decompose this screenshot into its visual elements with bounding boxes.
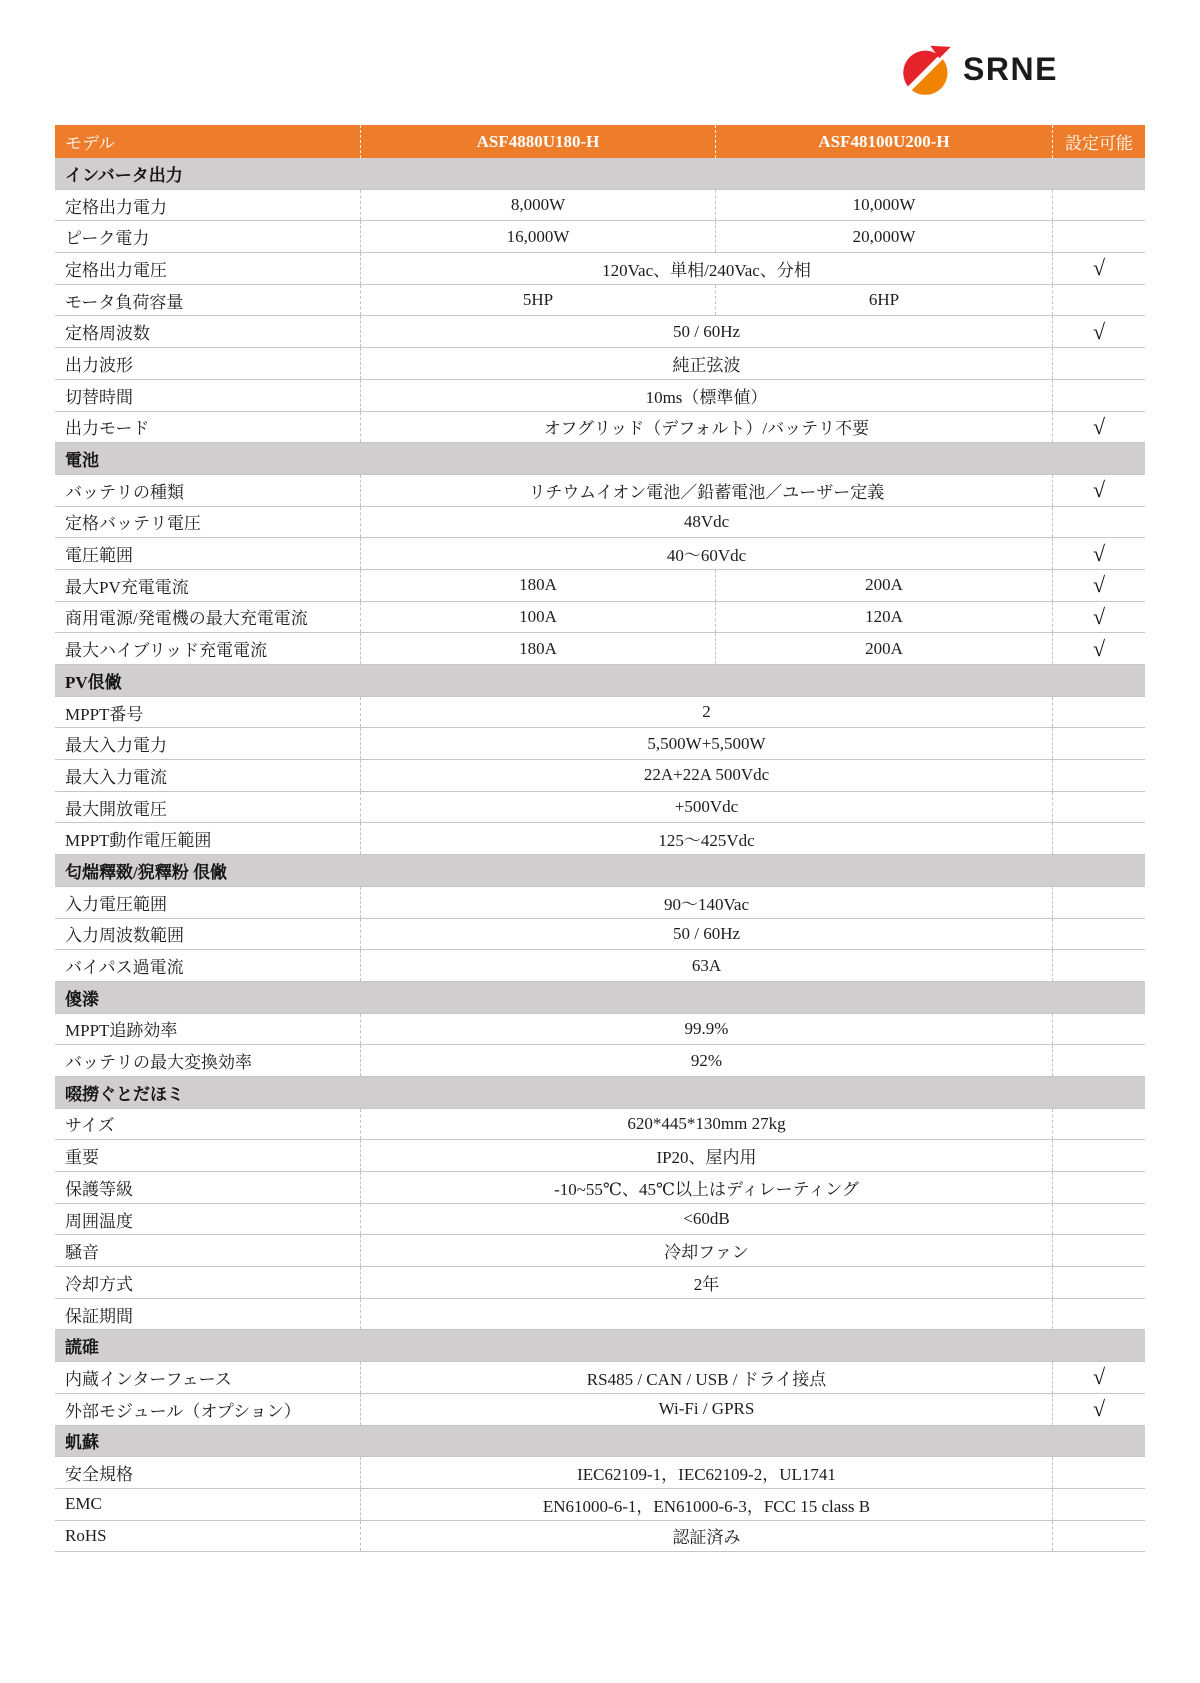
row-value-a: 180A [361,633,716,664]
header-configurable: 設定可能 [1053,125,1145,158]
row-value-b: 10,000W [716,190,1053,221]
configurable-check [1053,1140,1145,1171]
configurable-check [1053,1457,1145,1488]
spec-row: 最大入力電流22A+22A 500Vdc [55,760,1145,792]
configurable-check [1053,1204,1145,1235]
table-header-row: モデル ASF4880U180-H ASF48100U200-H 設定可能 [55,125,1145,158]
section-title: 傻漛 [55,985,99,1010]
spec-row: バッテリの最大変換効率92% [55,1045,1145,1077]
srne-logo-icon [900,42,954,96]
header-model-a: ASF4880U180-H [361,125,716,158]
configurable-check [1053,728,1145,759]
row-label: 安全規格 [55,1457,361,1488]
spec-table: モデル ASF4880U180-H ASF48100U200-H 設定可能 イン… [55,125,1145,1552]
row-label: 定格バッテリ電圧 [55,507,361,538]
spec-row: サイズ620*445*130mm 27kg [55,1109,1145,1141]
row-value: 50 / 60Hz [361,316,1053,347]
section-header: 傻漛 [55,982,1145,1014]
row-label: 切替時間 [55,380,361,411]
row-label: 出力モード [55,412,361,443]
section-header: 電池 [55,443,1145,475]
row-label: 外部モジュール（オプション） [55,1394,361,1425]
row-label: バイパス過電流 [55,950,361,981]
configurable-check: √ [1053,602,1145,633]
section-title: 匂煓釋敪/猊釋粉 佷僘 [55,858,227,883]
configurable-check [1053,1489,1145,1520]
row-value-a: 8,000W [361,190,716,221]
row-value: 120Vac、単相/240Vac、分相 [361,253,1053,284]
header-model-b: ASF48100U200-H [716,125,1053,158]
header-model-column: モデル [55,125,361,158]
configurable-check [1053,285,1145,316]
spec-row: 出力モードオフグリッド（デフォルト）/バッテリ不要√ [55,412,1145,444]
configurable-check [1053,190,1145,221]
spec-row: 冷却方式2年 [55,1267,1145,1299]
row-value-a: 5HP [361,285,716,316]
section-title: 謊碓 [55,1333,99,1358]
row-label: 定格出力電圧 [55,253,361,284]
row-value: 2 [361,697,1053,728]
row-value: 99.9% [361,1014,1053,1045]
row-value: 10ms（標準値） [361,380,1053,411]
configurable-check [1053,507,1145,538]
row-value-a: 180A [361,570,716,601]
brand-name: SRNE [963,51,1058,88]
row-value: -10~55℃、45℃以上はディレーティング [361,1172,1053,1203]
row-label: 内蔵インターフェース [55,1362,361,1393]
configurable-check: √ [1053,538,1145,569]
row-value: <60dB [361,1204,1053,1235]
row-label: 騒音 [55,1235,361,1266]
row-label: ピーク電力 [55,221,361,252]
configurable-check: √ [1053,570,1145,601]
configurable-check [1053,1014,1145,1045]
spec-row: MPPT追跡効率99.9% [55,1014,1145,1046]
row-label: 定格周波数 [55,316,361,347]
row-label: 入力電圧範囲 [55,887,361,918]
row-label: 保護等級 [55,1172,361,1203]
row-label: RoHS [55,1521,361,1552]
row-label: EMC [55,1489,361,1520]
row-value: 認証済み [361,1521,1053,1552]
spec-row: 電圧範囲40〜60Vdc√ [55,538,1145,570]
row-value: 50 / 60Hz [361,919,1053,950]
configurable-check: √ [1053,633,1145,664]
row-value: 40〜60Vdc [361,538,1053,569]
row-value: 冷却ファン [361,1235,1053,1266]
spec-row: モータ負荷容量5HP6HP [55,285,1145,317]
row-label: 最大ハイブリッド充電電流 [55,633,361,664]
configurable-check [1053,348,1145,379]
row-value: オフグリッド（デフォルト）/バッテリ不要 [361,412,1053,443]
row-label: 電圧範囲 [55,538,361,569]
row-label: 最大入力電力 [55,728,361,759]
row-value: EN61000-6-1，EN61000-6-3，FCC 15 class B [361,1489,1053,1520]
configurable-check [1053,1235,1145,1266]
row-label: MPPT番号 [55,697,361,728]
configurable-check: √ [1053,253,1145,284]
row-value: 620*445*130mm 27kg [361,1109,1053,1140]
spec-row: 最大ハイブリッド充電電流180A200A√ [55,633,1145,665]
row-value-a: 100A [361,602,716,633]
row-label: 冷却方式 [55,1267,361,1298]
configurable-check [1053,950,1145,981]
configurable-check [1053,1299,1145,1330]
row-value: 5,500W+5,500W [361,728,1053,759]
section-title: PV佷僘 [55,668,122,693]
row-value: 125〜425Vdc [361,823,1053,854]
section-header: インバータ出力 [55,158,1145,190]
spec-row: 定格周波数50 / 60Hz√ [55,316,1145,348]
spec-row: 切替時間10ms（標準値） [55,380,1145,412]
row-label: 出力波形 [55,348,361,379]
section-header: 啜撈ぐとだほミ [55,1077,1145,1109]
row-value: 48Vdc [361,507,1053,538]
spec-row: 騒音冷却ファン [55,1235,1145,1267]
spec-row: 定格出力電力8,000W10,000W [55,190,1145,222]
spec-row: 安全規格IEC62109-1，IEC62109-2，UL1741 [55,1457,1145,1489]
section-header: PV佷僘 [55,665,1145,697]
row-label: 最大開放電圧 [55,792,361,823]
spec-row: 保護等級-10~55℃、45℃以上はディレーティング [55,1172,1145,1204]
configurable-check [1053,221,1145,252]
configurable-check [1053,1109,1145,1140]
row-value: RS485 / CAN / USB / ドライ接点 [361,1362,1053,1393]
row-value: 90〜140Vac [361,887,1053,918]
configurable-check [1053,792,1145,823]
spec-row: 重要IP20、屋内用 [55,1140,1145,1172]
configurable-check [1053,697,1145,728]
section-title: 啜撈ぐとだほミ [55,1080,184,1105]
spec-row: バイパス過電流63A [55,950,1145,982]
spec-row: 保証期間 [55,1299,1145,1331]
spec-row: MPPT番号2 [55,697,1145,729]
row-value-b: 200A [716,570,1053,601]
row-label: 定格出力電力 [55,190,361,221]
row-value [361,1299,1053,1330]
row-value: +500Vdc [361,792,1053,823]
row-label: 最大PV充電電流 [55,570,361,601]
configurable-check: √ [1053,1394,1145,1425]
row-label: 重要 [55,1140,361,1171]
configurable-check [1053,919,1145,950]
row-label: 周囲温度 [55,1204,361,1235]
spec-row: 内蔵インターフェースRS485 / CAN / USB / ドライ接点√ [55,1362,1145,1394]
spec-row: 出力波形純正弦波 [55,348,1145,380]
spec-row: 外部モジュール（オプション）Wi-Fi / GPRS√ [55,1394,1145,1426]
row-value: リチウムイオン電池／鉛蓄電池／ユーザー定義 [361,475,1053,506]
section-header: 匂煓釋敪/猊釋粉 佷僘 [55,855,1145,887]
row-value: IP20、屋内用 [361,1140,1053,1171]
brand-header: SRNE [900,42,1058,96]
spec-row: 定格出力電圧120Vac、単相/240Vac、分相√ [55,253,1145,285]
configurable-check [1053,1045,1145,1076]
row-label: バッテリの最大変換効率 [55,1045,361,1076]
row-value: Wi-Fi / GPRS [361,1394,1053,1425]
row-label: MPPT動作電圧範囲 [55,823,361,854]
spec-row: 周囲温度<60dB [55,1204,1145,1236]
configurable-check: √ [1053,1362,1145,1393]
row-value-b: 20,000W [716,221,1053,252]
spec-row: 最大入力電力5,500W+5,500W [55,728,1145,760]
configurable-check [1053,760,1145,791]
spec-row: 入力周波数範囲50 / 60Hz [55,919,1145,951]
spec-row: MPPT動作電圧範囲125〜425Vdc [55,823,1145,855]
section-header: 虮蘇 [55,1426,1145,1458]
section-title: 虮蘇 [55,1428,99,1453]
row-label: 入力周波数範囲 [55,919,361,950]
spec-row: ピーク電力16,000W20,000W [55,221,1145,253]
row-label: MPPT追跡効率 [55,1014,361,1045]
configurable-check [1053,1521,1145,1552]
table-body: インバータ出力定格出力電力8,000W10,000Wピーク電力16,000W20… [55,158,1145,1552]
row-label: モータ負荷容量 [55,285,361,316]
row-label: 商用電源/発電機の最大充電電流 [55,602,361,633]
configurable-check [1053,1172,1145,1203]
configurable-check [1053,823,1145,854]
spec-row: 定格バッテリ電圧48Vdc [55,507,1145,539]
configurable-check: √ [1053,412,1145,443]
row-value-a: 16,000W [361,221,716,252]
row-value: IEC62109-1，IEC62109-2，UL1741 [361,1457,1053,1488]
row-value: 純正弦波 [361,348,1053,379]
section-title: 電池 [55,446,99,471]
row-value: 2年 [361,1267,1053,1298]
spec-row: 最大PV充電電流180A200A√ [55,570,1145,602]
row-label: バッテリの種類 [55,475,361,506]
row-value: 92% [361,1045,1053,1076]
spec-row: RoHS認証済み [55,1521,1145,1553]
section-title: インバータ出力 [55,161,183,186]
row-value-b: 6HP [716,285,1053,316]
spec-row: 商用電源/発電機の最大充電電流100A120A√ [55,602,1145,634]
row-label: 最大入力電流 [55,760,361,791]
configurable-check: √ [1053,475,1145,506]
row-value-b: 120A [716,602,1053,633]
row-value-b: 200A [716,633,1053,664]
row-value: 63A [361,950,1053,981]
spec-row: 最大開放電圧+500Vdc [55,792,1145,824]
spec-row: EMCEN61000-6-1，EN61000-6-3，FCC 15 class … [55,1489,1145,1521]
row-label: サイズ [55,1109,361,1140]
spec-row: 入力電圧範囲90〜140Vac [55,887,1145,919]
configurable-check [1053,887,1145,918]
configurable-check: √ [1053,316,1145,347]
configurable-check [1053,1267,1145,1298]
configurable-check [1053,380,1145,411]
row-value: 22A+22A 500Vdc [361,760,1053,791]
section-header: 謊碓 [55,1330,1145,1362]
spec-row: バッテリの種類リチウムイオン電池／鉛蓄電池／ユーザー定義√ [55,475,1145,507]
row-label: 保証期間 [55,1299,361,1330]
